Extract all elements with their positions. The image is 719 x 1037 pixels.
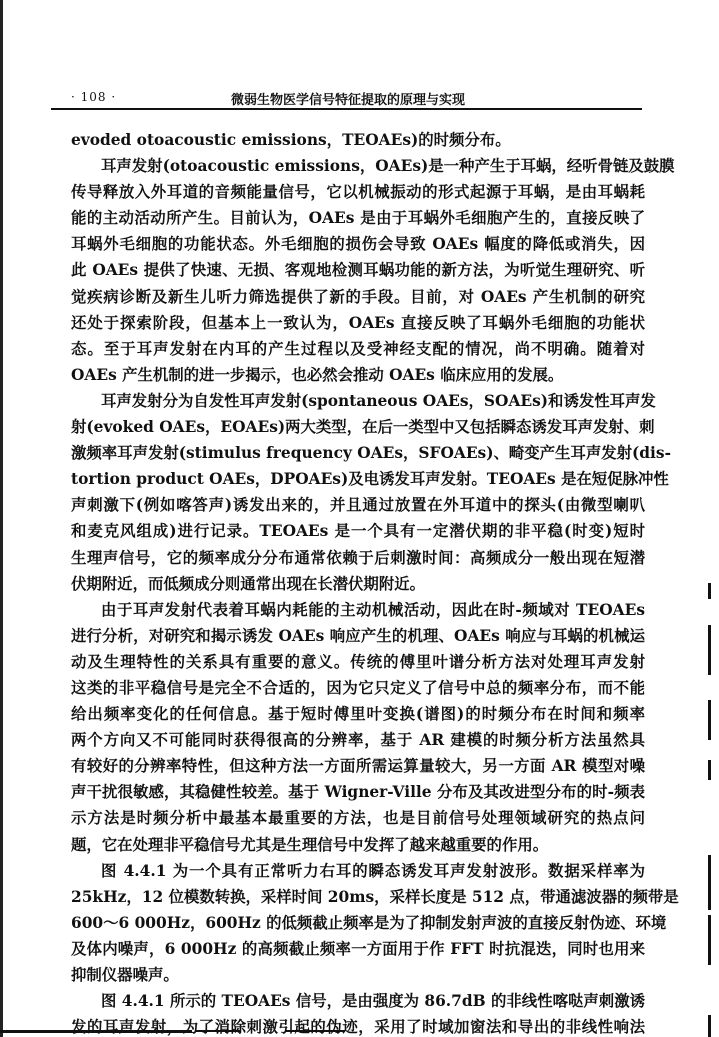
text-line: OAEs 产生机制的进一步揭示，也必然会推动 OAEs 临床应用的发展。 bbox=[71, 362, 645, 388]
scan-artifact bbox=[708, 583, 711, 599]
text-line: 抑制仪器噪声。 bbox=[71, 962, 645, 988]
text-line: 此 OAEs 提供了快速、无损、客观地检测耳蜗功能的新方法，为听觉生理研究、听 bbox=[71, 257, 645, 283]
text-line: 图 4.4.1 为一个具有正常听力右耳的瞬态诱发耳声发射波形。数据采样率为 bbox=[71, 858, 645, 884]
text-line: 耳蜗外毛细胞的功能状态。外毛细胞的损伤会导致 OAEs 幅度的降低或消失，因 bbox=[71, 231, 645, 257]
text-line: 伏期附近，而低频成分则通常出现在长潜伏期附近。 bbox=[71, 571, 645, 597]
text-line: 态。至于耳声发射在内耳的产生过程以及受神经支配的情况，尚不明确。随着对 bbox=[71, 336, 645, 362]
text-line: evoded otoacoustic emissions，TEOAEs)的时频分… bbox=[71, 127, 645, 153]
text-line: 题，它在处理非平稳信号尤其是生理信号中发挥了越来越重要的作用。 bbox=[71, 832, 645, 858]
scan-artifact bbox=[708, 855, 711, 910]
text-line: 给出频率变化的任何信息。基于短时傅里叶变换(谱图)的时频分布在时间和频率 bbox=[71, 701, 645, 727]
body-text: evoded otoacoustic emissions，TEOAEs)的时频分… bbox=[71, 127, 645, 1037]
scan-artifact bbox=[708, 700, 711, 740]
text-line: 声干扰很敏感，其稳健性较差。基于 Wigner-Ville 分布及其改进型分布的… bbox=[71, 779, 645, 805]
scan-left-edge bbox=[0, 0, 3, 1037]
text-line: 生理声信号，它的频率成分分布通常依赖于后刺激时间：高频成分一般出现在短潜 bbox=[71, 545, 645, 571]
text-line: 动及生理特性的关系具有重要的意义。传统的傅里叶谱分析方法对处理耳声发射 bbox=[71, 649, 645, 675]
text-line: 有较好的分辨率特性，但这种方法一方面所需运算量较大，另一方面 AR 模型对噪 bbox=[71, 753, 645, 779]
text-line: 进行分析，对研究和揭示诱发 OAEs 响应产生的机理、OAEs 响应与耳蜗的机械… bbox=[71, 623, 645, 649]
scan-artifact bbox=[708, 760, 711, 780]
text-line: 射(evoked OAEs，EOAEs)两大类型，在后一类型中又包括瞬态诱发耳声… bbox=[71, 414, 645, 440]
running-title: 微弱生物医学信号特征提取的原理与实现 bbox=[231, 89, 465, 108]
bottom-scan-rule bbox=[285, 1030, 345, 1032]
text-line: 两个方向又不可能同时获得很高的分辨率，基于 AR 建模的时频分析方法虽然具 bbox=[71, 727, 645, 753]
scan-artifact bbox=[708, 1015, 711, 1037]
bottom-scan-rule bbox=[0, 1030, 192, 1033]
text-line: 25kHz，12 位模数转换，采样时间 20ms，采样长度是 512 点，带通滤… bbox=[71, 884, 645, 910]
header-rule bbox=[51, 108, 642, 110]
page-number: · 108 · bbox=[71, 90, 116, 104]
text-line: 耳声发射(otoacoustic emissions，OAEs)是一种产生于耳蜗… bbox=[71, 153, 645, 179]
text-line: 图 4.4.1 所示的 TEOAEs 信号，是由强度为 86.7dB 的非线性喀… bbox=[71, 988, 645, 1014]
text-line: 600～6 000Hz，600Hz 的低频截止频率是为了抑制发射声波的直接反射伪… bbox=[71, 910, 645, 936]
text-line: 这类的非平稳信号是完全不合适的，因为它只定义了信号中总的频率分布，而不能 bbox=[71, 675, 645, 701]
text-line: 激频率耳声发射(stimulus frequency OAEs，SFOAEs)、… bbox=[71, 440, 645, 466]
text-line: 耳声发射分为自发性耳声发射(spontaneous OAEs，SOAEs)和诱发… bbox=[71, 388, 645, 414]
text-line: 还处于探索阶段，但基本上一致认为，OAEs 直接反映了耳蜗外毛细胞的功能状 bbox=[71, 310, 645, 336]
scan-artifact bbox=[708, 915, 711, 965]
text-line: 能的主动活动所产生。目前认为，OAEs 是由于耳蜗外毛细胞产生的，直接反映了 bbox=[71, 205, 645, 231]
text-line: 示方法是时频分析中最基本最重要的方法，也是目前信号处理领域研究的热点问 bbox=[71, 805, 645, 831]
page-header: · 108 · 微弱生物医学信号特征提取的原理与实现 bbox=[71, 88, 642, 110]
text-line: 及体内噪声，6 000Hz 的高频截止频率一方面用于作 FFT 时抗混迭，同时也… bbox=[71, 936, 645, 962]
text-line: 传导释放入外耳道的音频能量信号，它以机械振动的形式起源于耳蜗，是由耳蜗耗 bbox=[71, 179, 645, 205]
text-line: tortion product OAEs，DPOAEs)及电诱发耳声发射。TEO… bbox=[71, 466, 645, 492]
scan-artifact bbox=[708, 645, 711, 675]
text-line: 由于耳声发射代表着耳蜗内耗能的主动机械活动，因此在时-频域对 TEOAEs bbox=[71, 597, 645, 623]
text-line: 发的耳声发射，为了消除刺激引起的伪迹，采用了时域加窗法和导出的非线性响法 bbox=[71, 1014, 645, 1037]
text-line: 声刺激下(例如喀答声)诱发出来的，并且通过放置在外耳道中的探头(由微型喇叭 bbox=[71, 492, 645, 518]
bottom-scan-rule bbox=[196, 1030, 241, 1032]
text-line: 和麦克风组成)进行记录。TEOAEs 是一个具有一定潜伏期的非平稳(时变)短时 bbox=[71, 518, 645, 544]
text-line: 觉疾病诊断及新生儿听力筛选提供了新的手段。目前，对 OAEs 产生机制的研究 bbox=[71, 284, 645, 310]
